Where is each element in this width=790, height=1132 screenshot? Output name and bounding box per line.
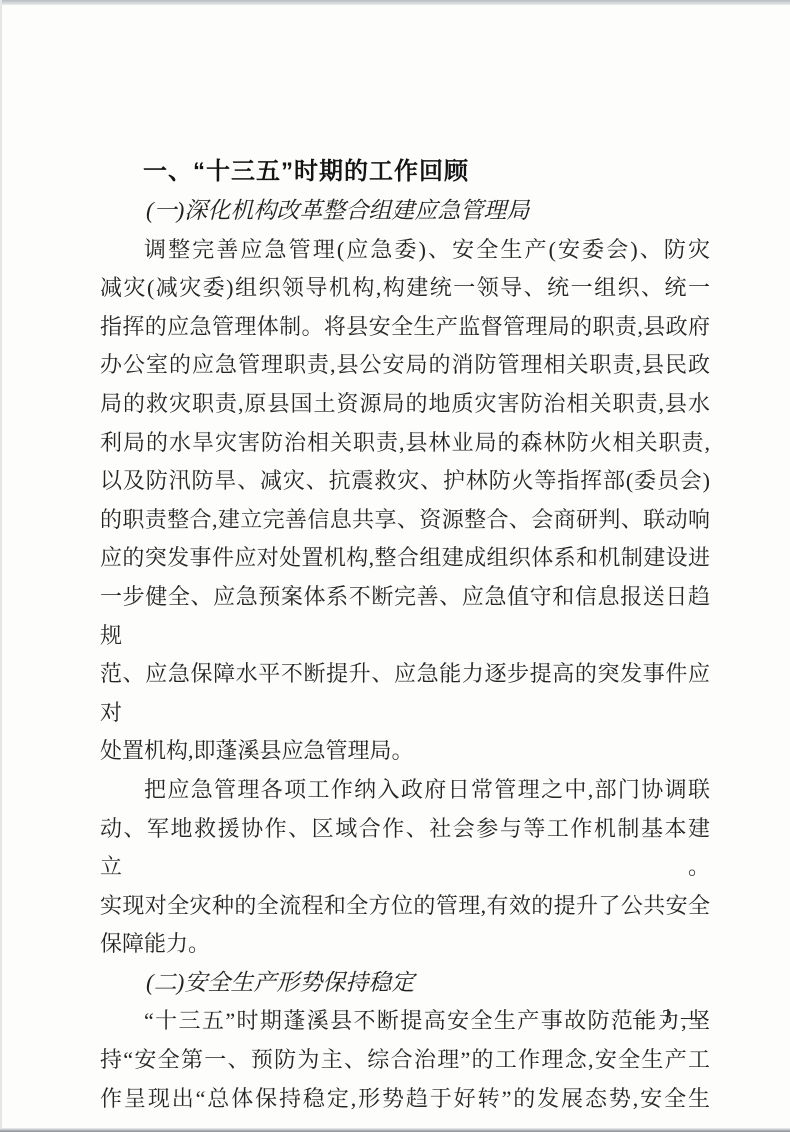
text-line: 应的突发事件应对处置机构,整合组建成组织体系和机制建设进 xyxy=(100,539,710,578)
text-line: 实现对全灾种的全流程和全方位的管理,有效的提升了公共安全 xyxy=(100,887,710,926)
section-heading: (二)安全生产形势保持稳定 xyxy=(100,964,710,1003)
text-line: 的职责整合,建立完善信息共享、资源整合、会商研判、联动响 xyxy=(100,501,710,540)
text-line: 动、军地救援协作、区域合作、社会参与等工作机制基本建立。 xyxy=(100,810,710,887)
text-line: 作呈现出“总体保持稳定,形势趋于好转”的发展态势,安全生 xyxy=(100,1080,710,1119)
text-line: 把应急管理各项工作纳入政府日常管理之中,部门协调联 xyxy=(100,771,710,810)
text-line: 减灾(减灾委)组织领导机构,构建统一领导、统一组织、统一 xyxy=(100,269,710,308)
text-line: 保障能力。 xyxy=(100,925,710,964)
text-line: 处置机构,即蓬溪县应急管理局。 xyxy=(100,732,710,771)
text-line: 调整完善应急管理(应急委)、安全生产(安委会)、防灾 xyxy=(100,231,710,270)
text-line: 办公室的应急管理职责,县公安局的消防管理相关职责,县民政 xyxy=(100,346,710,385)
scan-edge-top xyxy=(0,0,790,5)
document-title: 一、“十三五”时期的工作回顾 xyxy=(100,152,710,192)
scan-edge-left xyxy=(0,0,2,1132)
text-line: 局的救灾职责,原县国土资源局的地质灾害防治相关职责,县水 xyxy=(100,385,710,424)
text-line: 范、应急保障水平不断提升、应急能力逐步提高的突发事件应对 xyxy=(100,655,710,732)
scanned-document-page: 一、“十三五”时期的工作回顾 (一)深化机构改革整合组建应急管理局调整完善应急管… xyxy=(0,0,790,1132)
document-body: 一、“十三五”时期的工作回顾 (一)深化机构改革整合组建应急管理局调整完善应急管… xyxy=(100,152,710,1118)
section-heading: (一)深化机构改革整合组建应急管理局 xyxy=(100,192,710,231)
text-line: 持“安全第一、预防为主、综合治理”的工作理念,安全生产工 xyxy=(100,1041,710,1080)
text-line: 一步健全、应急预案体系不断完善、应急值守和信息报送日趋规 xyxy=(100,578,710,655)
text-line: 利局的水旱灾害防治相关职责,县林业局的森林防火相关职责, xyxy=(100,424,710,463)
scan-edge-bottom xyxy=(0,1128,790,1132)
text-line: 以及防汛防旱、减灾、抗震救灾、护林防火等指挥部(委员会) xyxy=(100,462,710,501)
text-line: 指挥的应急管理体制。将县安全生产监督管理局的职责,县政府 xyxy=(100,308,710,347)
page-number: — 3 — xyxy=(628,1006,708,1029)
text-line: “十三五”时期蓬溪县不断提高安全生产事故防范能力,坚 xyxy=(100,1002,710,1041)
